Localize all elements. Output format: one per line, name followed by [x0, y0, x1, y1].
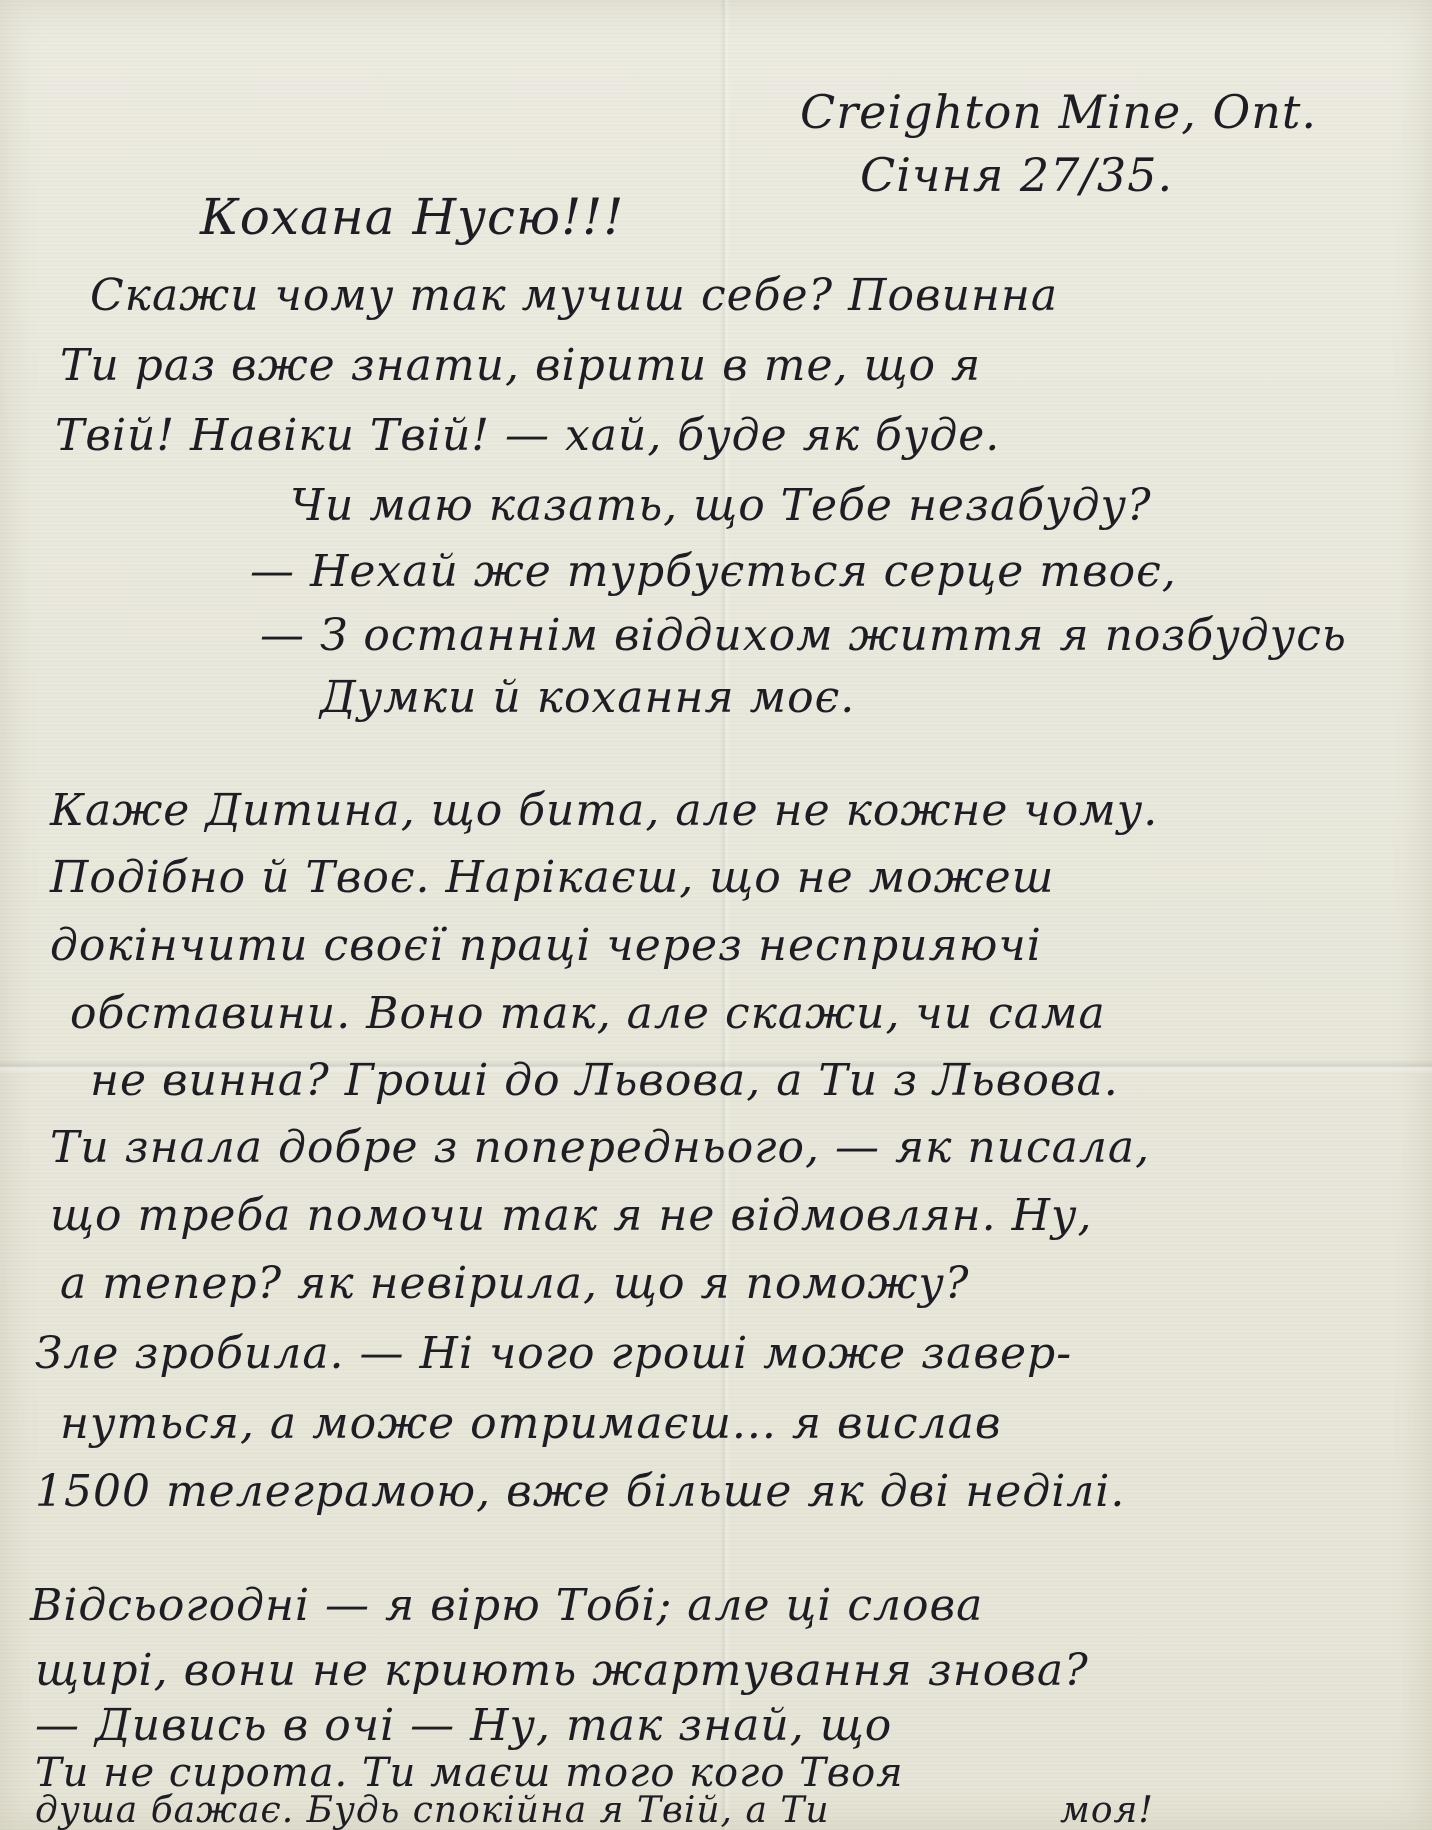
paragraph2-line: не винна? Гроші до Львова, а Ти з Львова… [90, 1055, 1119, 1106]
paragraph3-line: — Дивись в очі — Ну, так знай, що [35, 1700, 892, 1751]
poem-line: — Нехай же турбується серце твоє, [250, 546, 1177, 597]
paragraph2-line: нуться, а може отримаєш... я вислав [60, 1398, 1001, 1449]
paragraph2-line: Зле зробила. — Ні чого гроші може завер- [35, 1328, 1072, 1379]
salutation: Кохана Нусю!!! [200, 188, 624, 246]
paragraph3-line: Відсьогодні — я вірю Тобі; але ці слова [30, 1580, 983, 1631]
letter-page: Creighton Mine, Ont. Січня 27/35. Кохана… [0, 0, 1432, 1830]
paragraph2-line: що треба помочи так я не відмовлян. Ну, [50, 1190, 1093, 1241]
paragraph1-line: Ти раз вже знати, вірити в те, що я [60, 340, 981, 391]
paragraph2-line: докінчити своєї праці через несприяючі [50, 920, 1042, 971]
paragraph1-line: Скажи чому так мучиш себе? Повинна [90, 270, 1058, 321]
paragraph2-line: 1500 телеграмою, вже більше як дві неділ… [35, 1466, 1125, 1517]
paragraph3-line: душа бажає. Будь спокійна я Твій, а Ти [35, 1790, 830, 1830]
paragraph3-signoff: моя! [1060, 1790, 1154, 1830]
letter-date: Січня 27/35. [860, 148, 1173, 202]
paragraph2-line: а тепер? як невірила, що я поможу? [60, 1258, 970, 1309]
letter-place: Creighton Mine, Ont. [800, 85, 1317, 139]
paragraph2-line: Ти знала добре з попереднього, — як писа… [50, 1122, 1150, 1173]
poem-line: Думки й кохання моє. [320, 672, 855, 723]
poem-line: Чи маю казать, що Тебе незабуду? [290, 480, 1152, 531]
poem-line: — З останнім віддихом життя я позбудусь [260, 610, 1347, 661]
paragraph3-line: щирі, вони не криють жартування знова? [35, 1645, 1089, 1696]
paragraph2-line: Каже Дитина, що бита, але не кожне чому. [50, 785, 1158, 836]
paragraph2-line: обставини. Воно так, але скажи, чи сама [70, 988, 1106, 1039]
paragraph2-line: Подібно й Твоє. Нарікаєш, що не можеш [50, 852, 1054, 903]
paragraph1-line: Твій! Навіки Твій! — хай, буде як буде. [55, 410, 1000, 461]
